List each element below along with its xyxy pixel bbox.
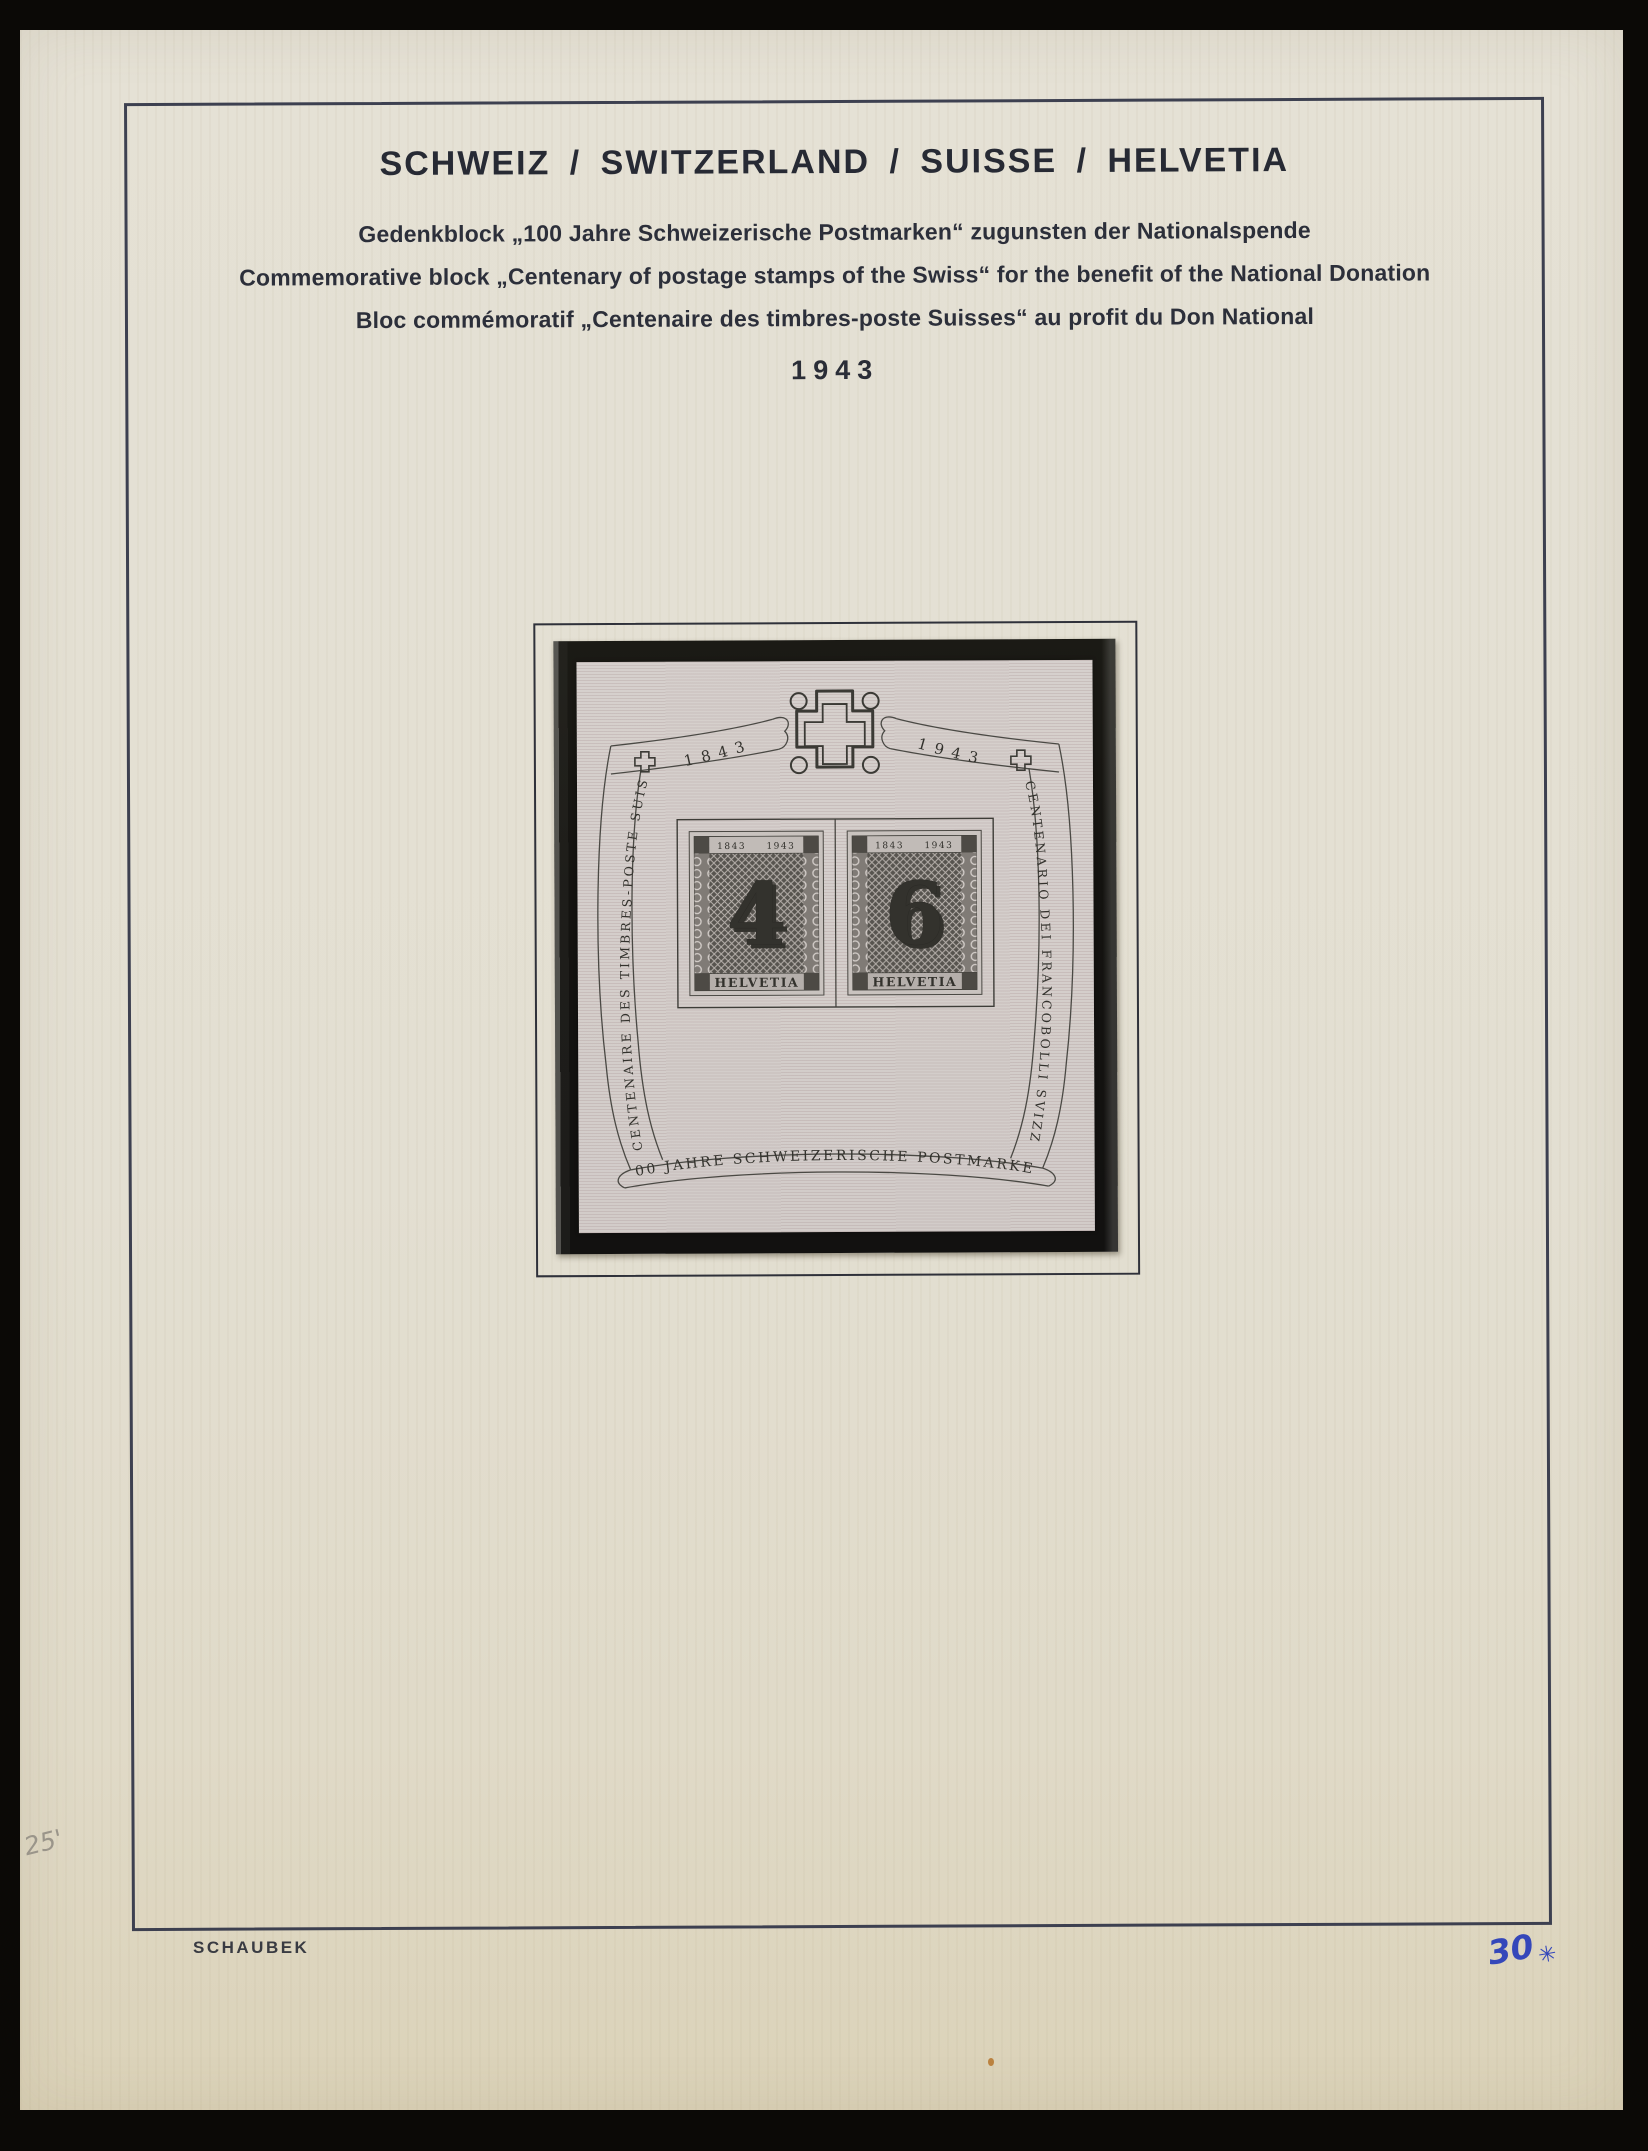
caption-english: Commemorative block „Centenary of postag…: [128, 251, 1542, 300]
stamp-country: HELVETIA: [714, 975, 799, 990]
stamp-value: 4: [726, 864, 786, 965]
swiss-cross-emblem: [791, 691, 879, 773]
stamp-country: HELVETIA: [872, 974, 957, 989]
pen-note-star-icon: ✳: [1536, 1941, 1558, 1969]
caption-french: Bloc commémoratif „Centenaire des timbre…: [128, 294, 1542, 343]
year-heading: 1943: [128, 352, 1542, 389]
stamp-6: 1843 1943 6 6 HELVETIA: [847, 830, 982, 995]
publisher-label: SCHAUBEK: [193, 1938, 309, 1958]
ribbon-year-left: 1843: [682, 735, 754, 770]
stamp-years: 1843 1943: [875, 841, 953, 851]
printed-border-frame: SCHWEIZ / SWITZERLAND / SUISSE / HELVETI…: [124, 97, 1552, 1931]
stamp-years: 1843 1943: [717, 842, 795, 852]
stamp-mount: 1843 1943 CENTENAIRE DES TIMBRES-POSTE S…: [553, 639, 1118, 1254]
pen-price-note: 30✳: [1485, 1922, 1559, 1977]
souvenir-sheet-art: 1843 1943 CENTENAIRE DES TIMBRES-POSTE S…: [576, 660, 1094, 1233]
pen-note-value: 30: [1485, 1926, 1537, 1972]
pencil-margin-note: 25': [21, 1824, 66, 1861]
paper-speck: [988, 2058, 994, 2066]
stamp-value: 6: [884, 864, 944, 965]
album-page: SCHWEIZ / SWITZERLAND / SUISSE / HELVETI…: [20, 30, 1623, 2110]
ribbon-year-right: 1943: [915, 734, 987, 769]
souvenir-sheet: 1843 1943 CENTENAIRE DES TIMBRES-POSTE S…: [576, 660, 1094, 1233]
caption-block: Gedenkblock „100 Jahre Schweizerische Po…: [128, 208, 1543, 343]
stamp-4: 1843 1943 4 4 HELVETIA: [689, 831, 824, 996]
caption-german: Gedenkblock „100 Jahre Schweizerische Po…: [128, 208, 1542, 257]
page-title: SCHWEIZ / SWITZERLAND / SUISSE / HELVETI…: [127, 140, 1541, 185]
